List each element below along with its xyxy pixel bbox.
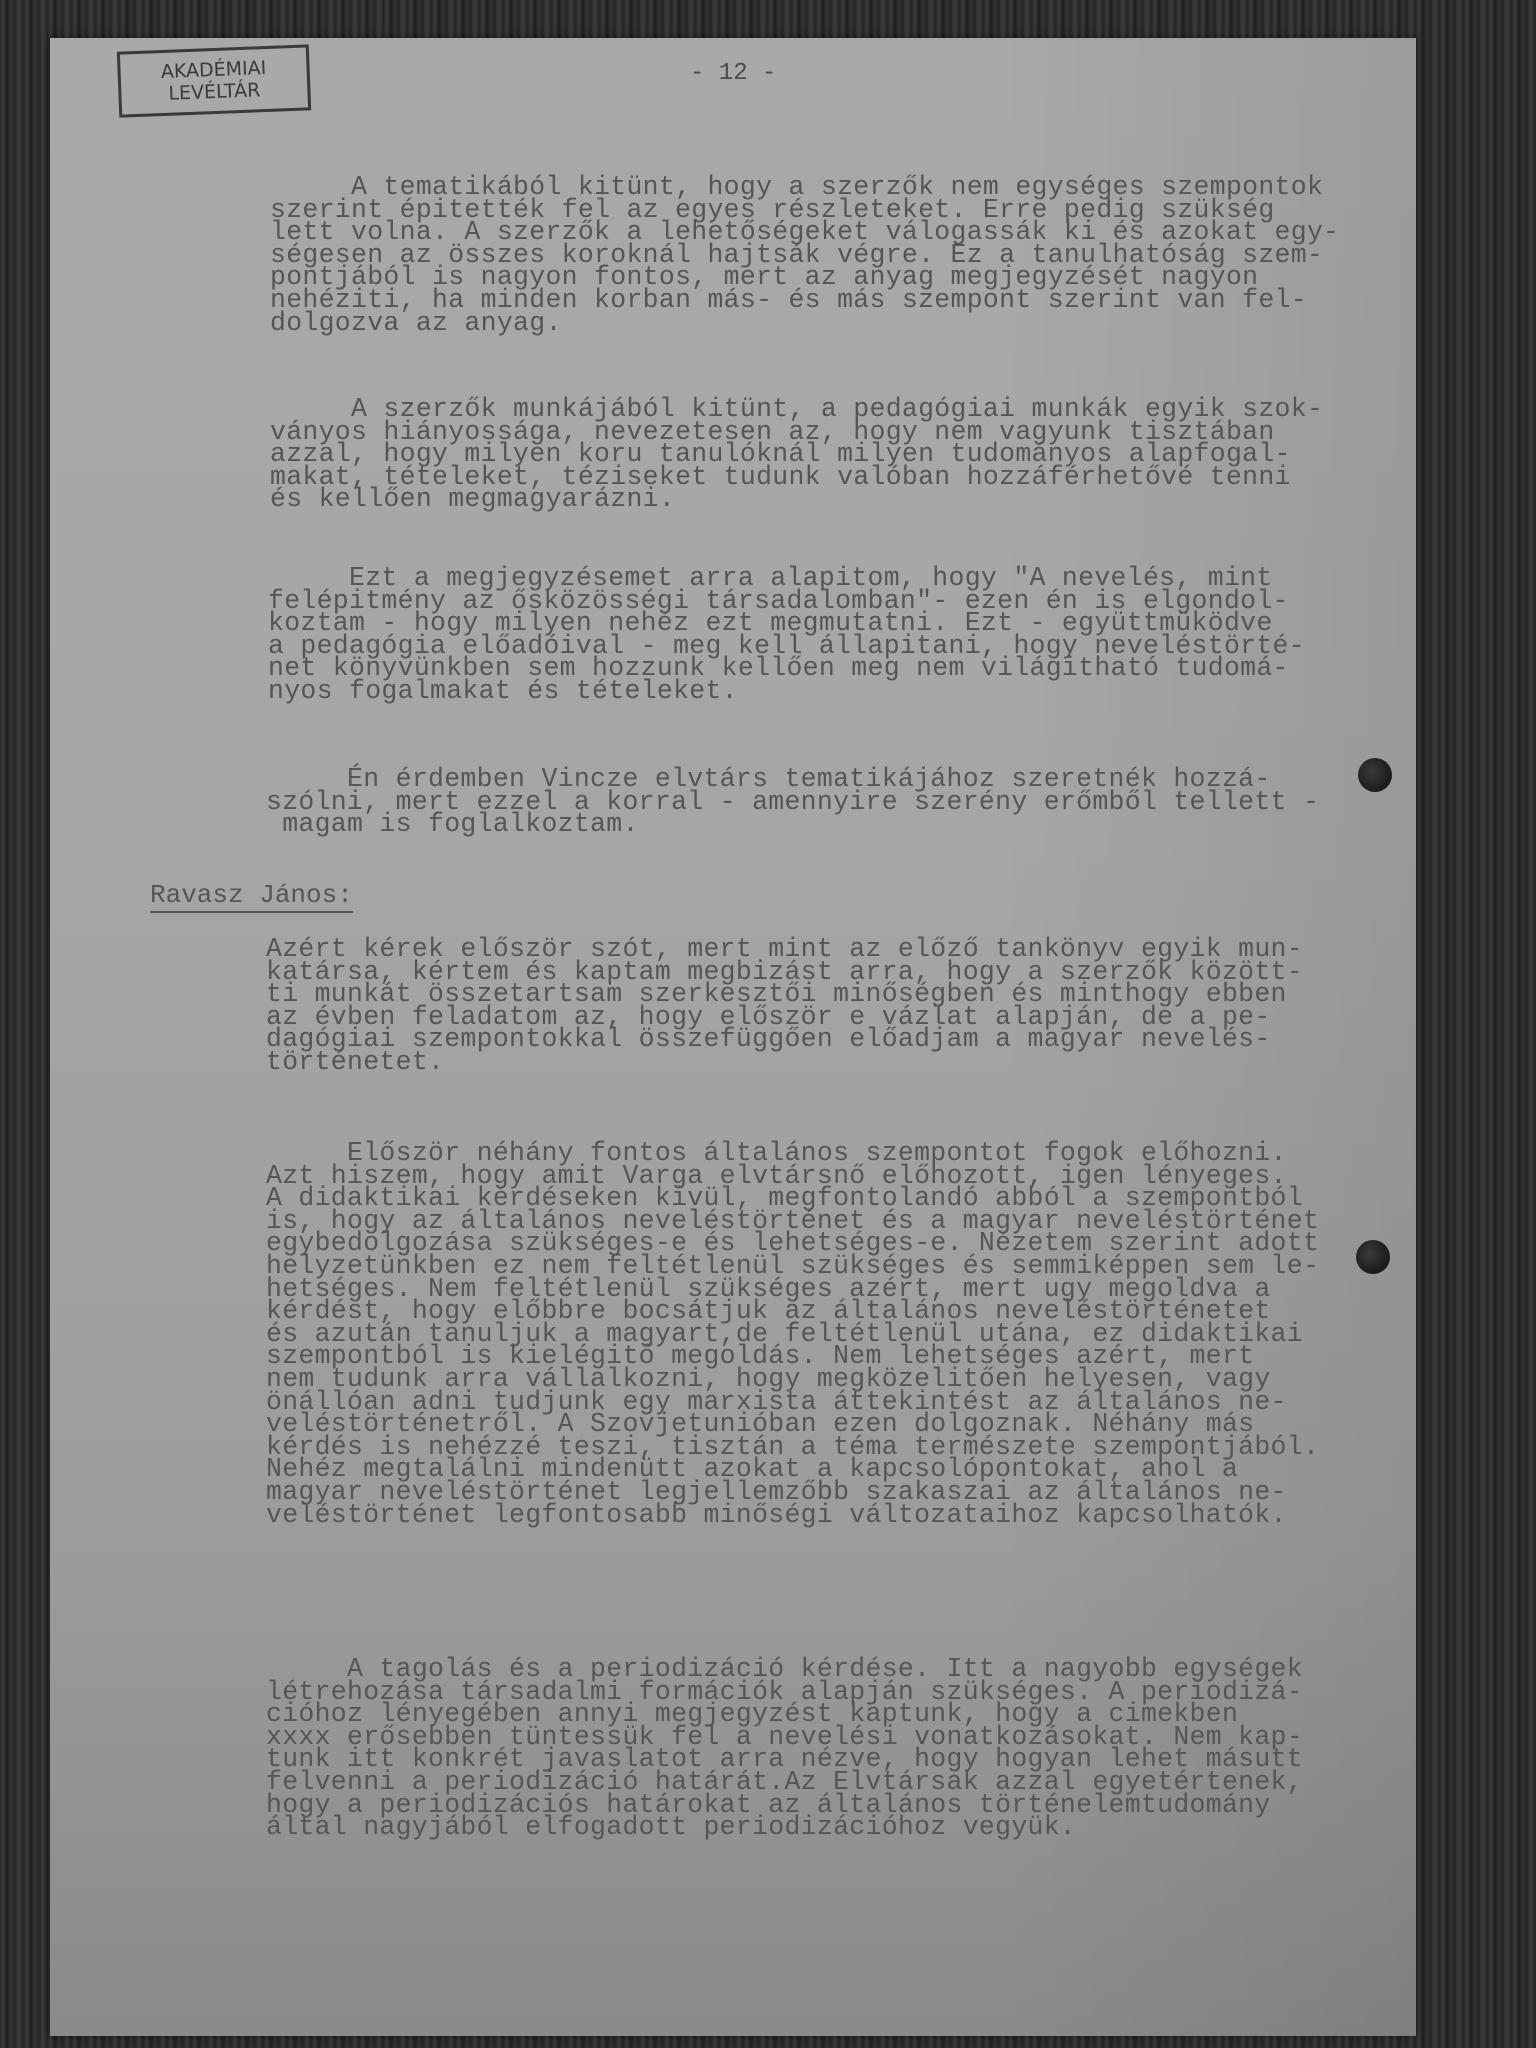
- archive-stamp: AKADÉMIAI LEVÉLTÁR: [117, 44, 311, 117]
- punch-hole-icon: [1358, 758, 1392, 792]
- paragraph: Ezt a megjegyzésemet arra alapitom, hogy…: [268, 567, 1305, 703]
- speaker-name: Ravasz János:: [150, 880, 353, 913]
- speaker-paragraph: A tagolás és a periodizáció kérdése. Itt…: [266, 1658, 1303, 1839]
- paragraph: A tematikából kitünt, hogy a szerzők nem…: [270, 176, 1339, 334]
- speaker-paragraph: Először néhány fontos általános szempont…: [266, 1142, 1319, 1526]
- punch-hole-icon: [1356, 1240, 1390, 1274]
- paragraph: A szerzők munkájából kitünt, a pedagógia…: [270, 398, 1323, 511]
- text-line: történetet.: [266, 1051, 1303, 1074]
- paragraph: Én érdemben Vincze elvtárs tematikájához…: [266, 768, 1319, 836]
- text-line: nyos fogalmakat és tételeket.: [268, 680, 1305, 703]
- page-number: - 12 -: [690, 60, 776, 87]
- speaker-paragraph: Azért kérek először szót, mert mint az e…: [266, 938, 1303, 1074]
- text-line: veléstörténet legfontosabb minőségi vált…: [266, 1504, 1319, 1527]
